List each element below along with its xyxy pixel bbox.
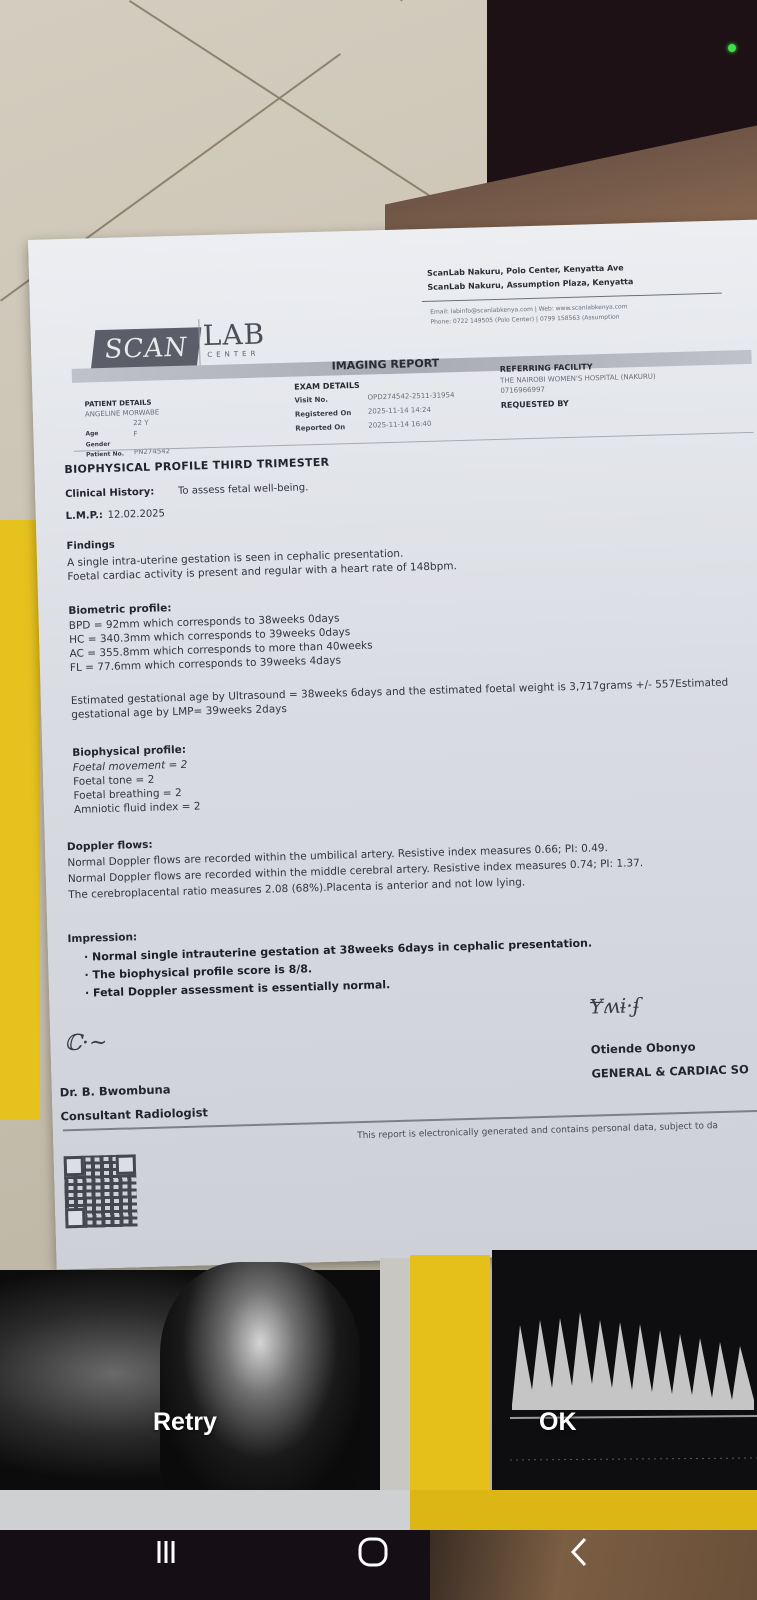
estimated-age-weight: Estimated gestational age by Ultrasound … [71, 677, 729, 707]
lmp-date: 12.02.2025 [108, 508, 166, 521]
clinic-address-1: ScanLab Nakuru, Polo Center, Kenyatta Av… [427, 263, 624, 277]
patient-name: ANGELINE MORWABE [85, 408, 160, 418]
qr-finder [64, 1156, 85, 1177]
clinic-address-2: ScanLab Nakuru, Assumption Plaza, Kenyat… [427, 277, 633, 292]
back-chevron-icon [565, 1535, 595, 1569]
sonographer-name: Otiende Obonyo [591, 1040, 696, 1057]
impression-item: · The biophysical profile score is 8/8. [84, 962, 312, 981]
referring-facility-phone: 0716966997 [500, 386, 545, 395]
footer-disclaimer: This report is electronically generated … [357, 1121, 718, 1141]
biophysical-line: Foetal movement = 2 [73, 759, 188, 774]
scanlab-logo-mark: SCAN [91, 327, 201, 370]
visit-number: OPD274542-2511-31954 [367, 391, 454, 401]
referring-facility-heading: REFERRING FACILITY [500, 362, 593, 374]
patient-details-heading: PATIENT DETAILS [85, 399, 152, 409]
header-rule [422, 293, 722, 302]
registered-on: 2025-11-14 14:24 [368, 406, 431, 416]
patient-number-label: Patient No. [86, 450, 124, 458]
impression-heading: Impression: [67, 931, 137, 945]
exam-title: BIOPHYSICAL PROFILE THIRD TRIMESTER [64, 456, 329, 476]
radiologist-title: Consultant Radiologist [60, 1105, 208, 1123]
yellow-folder-edge [0, 520, 40, 1120]
patient-age: 22 Y [133, 419, 149, 427]
film-border [380, 1258, 410, 1498]
impression-text: The biophysical profile score is 8/8. [92, 962, 312, 981]
biometric-heading: Biometric profile: [68, 602, 171, 617]
details-divider [74, 432, 754, 452]
retry-button[interactable]: Retry [153, 1408, 217, 1437]
impression-text: Fetal Doppler assessment is essentially … [93, 978, 391, 999]
biophysical-line: Amniotic fluid index = 2 [74, 800, 201, 816]
lmp-label: L.M.P.: [66, 510, 104, 522]
patient-age-label: Age [85, 430, 98, 437]
recent-apps-button[interactable] [146, 1535, 186, 1569]
clinic-phone: Phone: 0722 149505 (Polo Center) | 0799 … [430, 314, 619, 326]
biophysical-heading: Biophysical profile: [72, 744, 186, 759]
camera-in-use-indicator [728, 44, 736, 52]
reported-on: 2025-11-14 16:40 [368, 420, 431, 430]
biophysical-line: Foetal tone = 2 [73, 774, 154, 788]
home-button[interactable] [353, 1535, 393, 1569]
impression-item: · Normal single intrauterine gestation a… [84, 937, 592, 964]
doppler-waveform [492, 1250, 757, 1490]
sonographer-title: GENERAL & CARDIAC SO [591, 1062, 749, 1080]
doppler-waveform-image [492, 1250, 757, 1490]
home-icon [356, 1535, 390, 1569]
exam-details-heading: EXAM DETAILS [294, 381, 360, 392]
yellow-folder-spine [410, 1255, 490, 1500]
qr-finder [116, 1154, 137, 1175]
report-qr-code [64, 1154, 138, 1228]
ok-button[interactable]: OK [539, 1408, 577, 1437]
patient-gender-label: Gender [86, 441, 111, 449]
clinical-history: To assess fetal well-being. [178, 482, 309, 497]
imaging-report-document: ScanLab Nakuru, Polo Center, Kenyatta Av… [28, 219, 757, 1270]
referring-facility-name: THE NAIROBI WOMEN'S HOSPITAL (NAKURU) [500, 373, 656, 385]
biophysical-line: Foetal breathing = 2 [73, 787, 181, 802]
requested-by-heading: REQUESTED BY [501, 399, 569, 410]
scanlab-logo-lab: LAB [202, 317, 265, 352]
radiologist-signature: ℂ·~ [64, 1030, 108, 1056]
doppler-heading: Doppler flows: [67, 839, 153, 853]
visit-number-label: Visit No. [294, 396, 328, 405]
back-button[interactable] [560, 1535, 600, 1569]
radiologist-name: Dr. B. Bwombuna [60, 1082, 171, 1099]
registered-on-label: Registered On [295, 409, 352, 419]
clinical-history-label: Clinical History: [65, 487, 154, 500]
findings-heading: Findings [66, 540, 114, 552]
impression-text: Normal single intrauterine gestation at … [92, 937, 592, 964]
qr-finder [65, 1208, 86, 1229]
ultrasound-image-fetal-head [160, 1262, 360, 1492]
impression-item: · Fetal Doppler assessment is essentiall… [85, 978, 391, 1000]
sonographer-signature: Ɏʍɨ·ʄ [589, 993, 640, 1018]
reported-on-label: Reported On [295, 423, 345, 432]
scanlab-logo-center: CENTER [207, 350, 259, 359]
patient-gender: F [133, 430, 137, 438]
recent-apps-icon [151, 1537, 181, 1567]
